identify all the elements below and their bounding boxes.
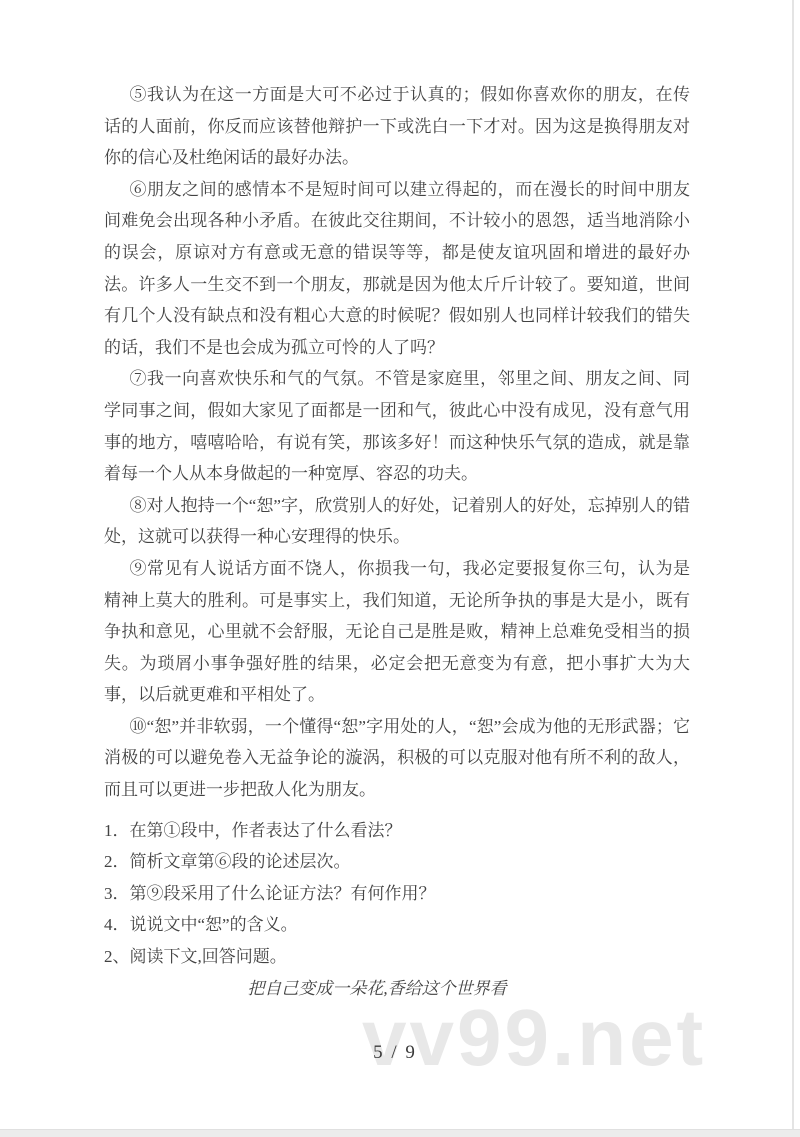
paragraph-10: ⑩“恕”并非软弱，一个懂得“恕”字用处的人，“恕”会成为他的无形武器；它消极的可… [104,711,690,806]
next-article-title: 把自己变成一朵花,香给这个世界看 [104,973,690,1005]
article-body: ⑤我认为在这一方面是大可不必过于认真的；假如你喜欢你的朋友，在传话的人面前，你反… [104,79,690,1004]
watermark: vv99.net [362,998,706,1078]
section-2-heading: 2、阅读下文,回答问题。 [104,941,690,973]
question-4: 4．说说文中“恕”的含义。 [104,909,690,941]
question-2: 2．简析文章第⑥段的论述层次。 [104,846,690,878]
page-edge-right [792,0,794,1137]
page-edge-bottom [0,1129,800,1137]
document-page: vv99.net ⑤我认为在这一方面是大可不必过于认真的；假如你喜欢你的朋友，在… [0,0,800,1137]
paragraph-9: ⑨常见有人说话方面不饶人，你损我一句，我必定要报复你三句，认为是精神上莫大的胜利… [104,553,690,711]
paragraph-8: ⑧对人抱持一个“恕”字，欣赏别人的好处，记着别人的好处，忘掉别人的错处，这就可以… [104,490,690,553]
question-list: 1．在第①段中，作者表达了什么看法？ 2．简析文章第⑥段的论述层次。 3．第⑨段… [104,815,690,973]
question-3: 3．第⑨段采用了什么论证方法？有何作用？ [104,878,690,910]
paragraph-7: ⑦我一向喜欢快乐和气的气氛。不管是家庭里，邻里之间、朋友之间、同学同事之间，假如… [104,363,690,489]
paragraph-5: ⑤我认为在这一方面是大可不必过于认真的；假如你喜欢你的朋友，在传话的人面前，你反… [104,79,690,174]
page-number: 5 / 9 [0,1042,790,1064]
question-1: 1．在第①段中，作者表达了什么看法？ [104,815,690,847]
paragraph-6: ⑥朋友之间的感情本不是短时间可以建立得起的，而在漫长的时间中朋友间难免会出现各种… [104,174,690,364]
